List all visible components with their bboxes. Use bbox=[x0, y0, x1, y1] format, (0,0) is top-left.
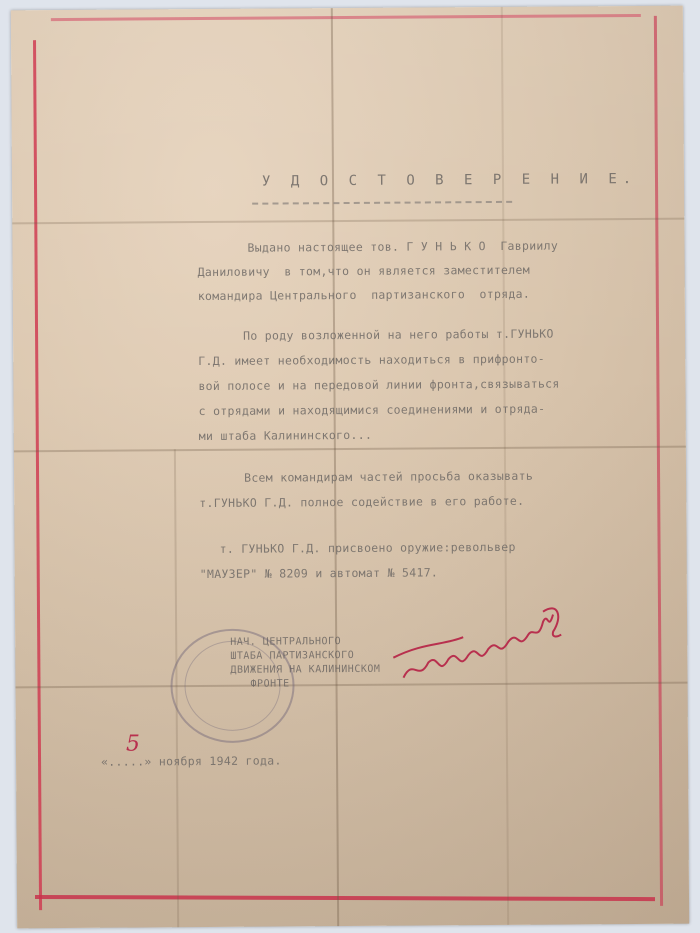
paragraph2-line5: ми штаба Калининского... bbox=[199, 428, 372, 443]
paragraph1-line2: Даниловичу в том,что он является замести… bbox=[198, 263, 530, 279]
paragraph4-line1: т. ГУНЬКО Г.Д. присвоено оружие:револьве… bbox=[220, 540, 516, 556]
paragraph2-line3: вой полосе и на передовой линии фронта,с… bbox=[198, 377, 559, 394]
red-border-bottom bbox=[35, 895, 655, 901]
paragraph3-line1: Всем командирам частей просьба оказывать bbox=[244, 469, 533, 485]
document-sheet: У Д О С Т О В Е Р Е Н И Е. Выдано настоя… bbox=[11, 6, 689, 929]
date-line: «.....» ноября 1942 года. bbox=[101, 753, 282, 768]
handwritten-signature bbox=[383, 586, 584, 687]
paragraph1-line3: командира Центрального партизанского отр… bbox=[198, 287, 530, 303]
handwritten-day: 5 bbox=[126, 731, 140, 756]
paragraph4-line2: "МАУЗЕР" № 8209 и автомат № 5417. bbox=[200, 565, 438, 581]
fold-crease bbox=[14, 446, 686, 453]
paragraph2-line2: Г.Д. имеет необходимость находиться в пр… bbox=[198, 352, 545, 368]
red-border-top bbox=[51, 14, 641, 21]
paragraph2-line4: с отрядами и находящимися соединениями и… bbox=[199, 402, 546, 418]
paragraph2-line1: По роду возложенной на него работы т.ГУН… bbox=[243, 327, 554, 343]
title-underline bbox=[252, 201, 512, 205]
signature-block-line3: ДВИЖЕНИЯ НА КАЛИНИНСКОМ bbox=[230, 664, 380, 676]
signature-block-line4: ФРОНТЕ bbox=[250, 678, 289, 689]
fold-crease bbox=[331, 8, 339, 926]
red-border-left bbox=[33, 40, 42, 910]
fold-crease bbox=[12, 218, 684, 225]
signature-block-line2: ШТАБА ПАРТИЗАНСКОГО bbox=[230, 650, 354, 662]
red-border-right bbox=[654, 16, 663, 906]
fold-crease bbox=[501, 7, 509, 925]
fold-crease bbox=[16, 682, 688, 689]
paragraph3-line2: т.ГУНЬКО Г.Д. полное содействие в его ра… bbox=[199, 494, 524, 510]
signature-block-line1: НАЧ. ЦЕНТРАЛЬНОГО bbox=[230, 636, 341, 648]
paragraph1-line1: Выдано настоящее тов. Г У Н Ь К О Гаврии… bbox=[247, 239, 558, 255]
document-title: У Д О С Т О В Е Р Е Н И Е. bbox=[262, 171, 637, 190]
